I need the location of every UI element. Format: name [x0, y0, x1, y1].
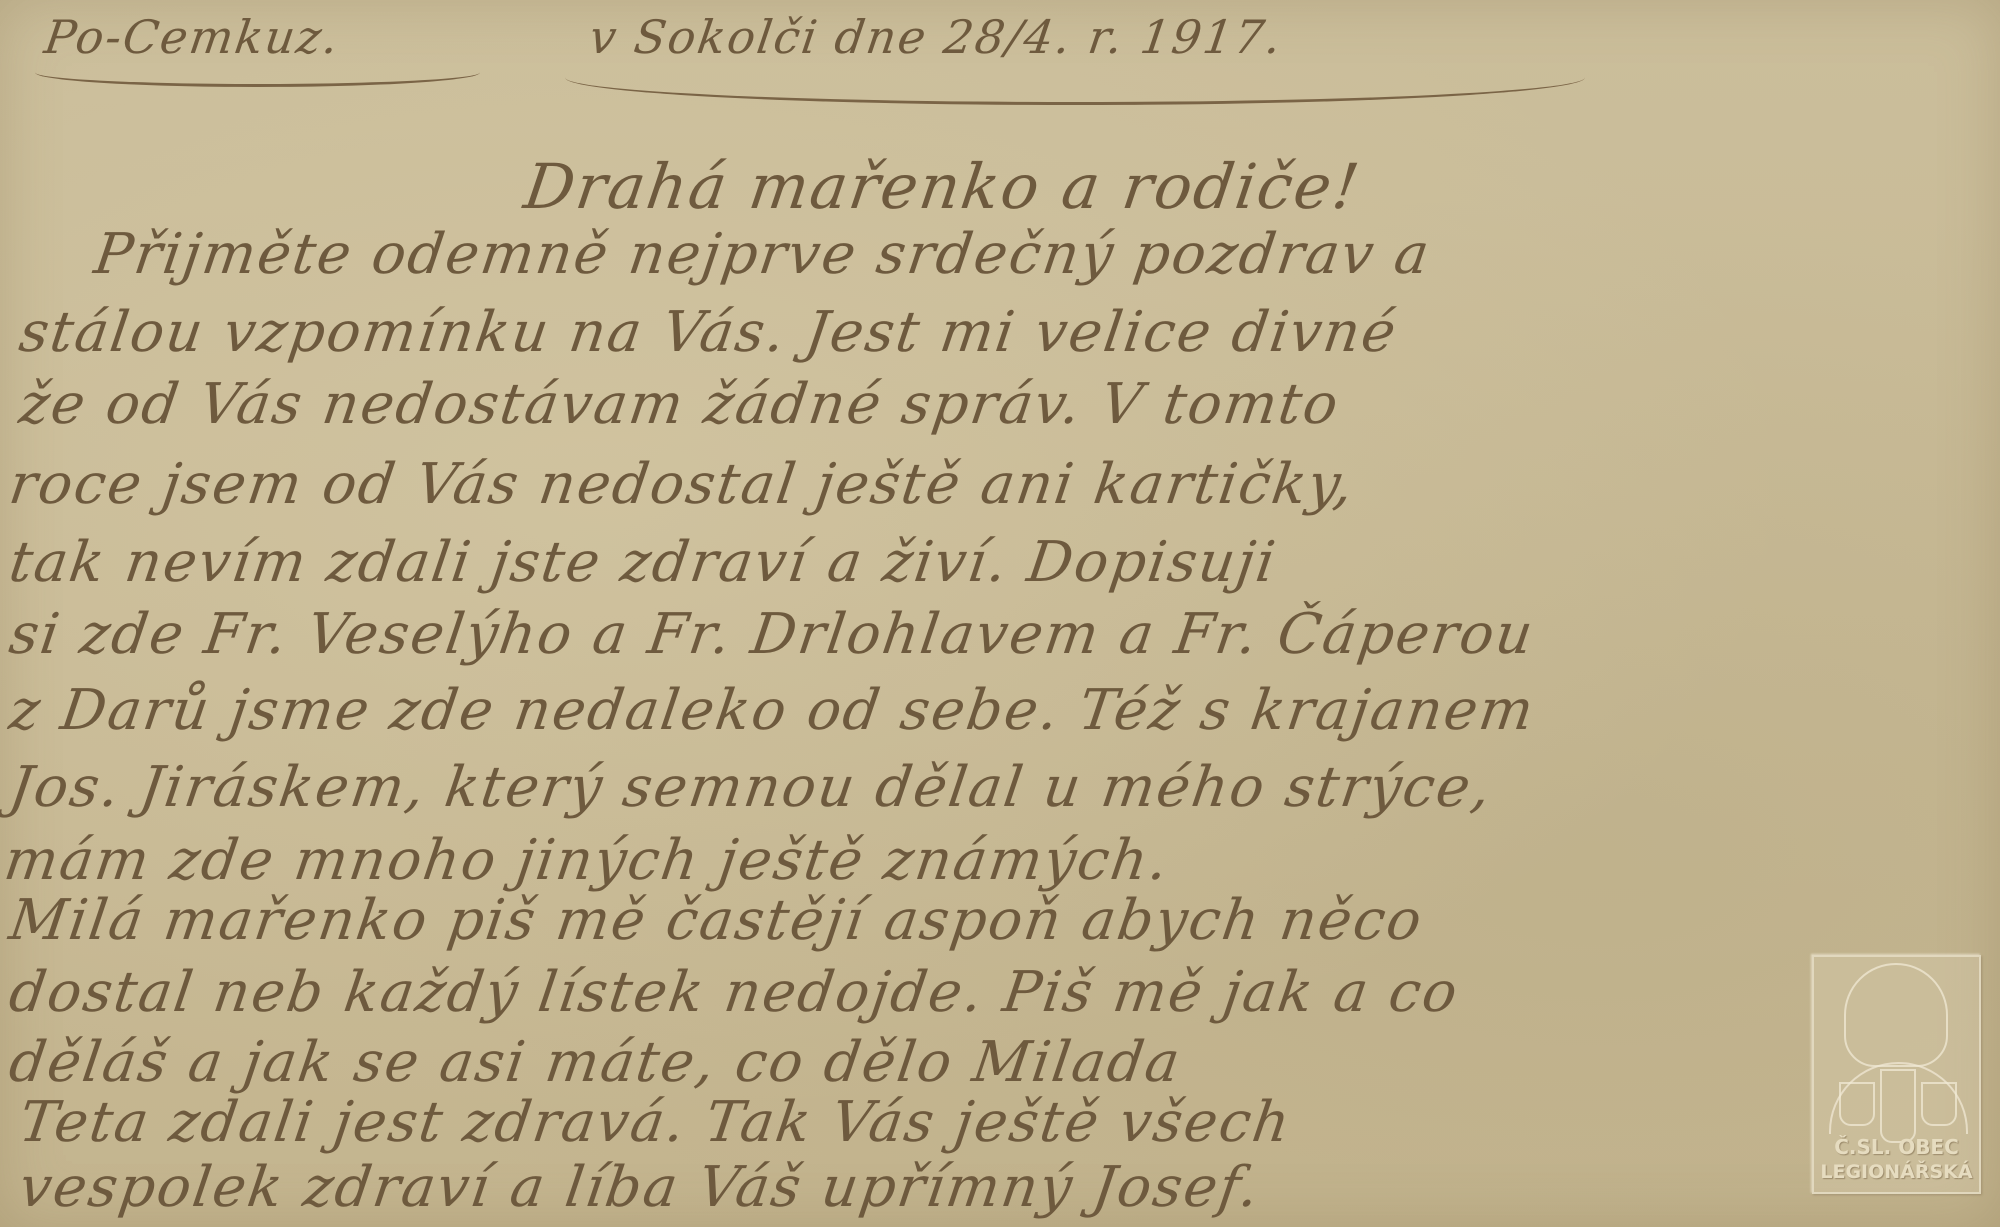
letter-line: stálou vzpomínku na Vás. Jest mi velice …: [15, 300, 1401, 365]
letter-line: že od Vás nedostávam žádné správ. V tomt…: [15, 372, 1343, 437]
letter-line: děláš a jak se asi máte, co dělo Milada: [5, 1030, 1185, 1095]
letter-line: Jos. Jiráskem, který semnou dělal u mého…: [5, 755, 1496, 820]
coat-of-arms-icon: [1921, 1082, 1957, 1126]
soldier-head-icon: [1844, 963, 1948, 1067]
letter-line: tak nevím zdali jste zdraví a živí. Dopi…: [5, 530, 1280, 595]
letter-line: z Darů jsme zde nedaleko od sebe. Též s …: [5, 678, 1539, 743]
place-underline: [35, 58, 480, 87]
header-place: Po-Cemkuz.: [41, 10, 343, 64]
letter-line: Milá mařenko piš mě častějí aspoň abych …: [5, 888, 1427, 953]
postcard-document: Po-Cemkuz. v Sokolči dne 28/4. r. 1917. …: [0, 0, 2000, 1227]
letter-line: vespolek zdraví a líba Váš upřímný Josef…: [15, 1155, 1264, 1220]
letter-line: Přijměte odemně nejprve srdečný pozdrav …: [90, 222, 1434, 287]
letter-greeting: Drahá mařenko a rodiče!: [520, 150, 1365, 223]
letter-line: mám zde mnoho jiných ještě známých.: [0, 828, 1173, 893]
letter-line: dostal neb každý lístek nedojde. Piš mě …: [5, 960, 1463, 1025]
letter-line: Teta zdali jest zdravá. Tak Vás ještě vš…: [15, 1090, 1295, 1155]
seal-text-line1: Č.SL. OBEC: [1818, 1135, 1975, 1159]
date-underline: [565, 50, 1585, 105]
coat-of-arms-icon: [1839, 1082, 1875, 1126]
coat-of-arms-icon: [1880, 1069, 1916, 1143]
seal-text-line2: LEGIONÁŘSKÁ: [1818, 1161, 1975, 1183]
legionnaire-emblem-icon: Č.SL. OBEC LEGIONÁŘSKÁ: [1812, 955, 1981, 1194]
letter-line: si zde Fr. Veselýho a Fr. Drlohlavem a F…: [5, 602, 1538, 667]
letter-line: roce jsem od Vás nedostal ještě ani kart…: [5, 452, 1358, 517]
